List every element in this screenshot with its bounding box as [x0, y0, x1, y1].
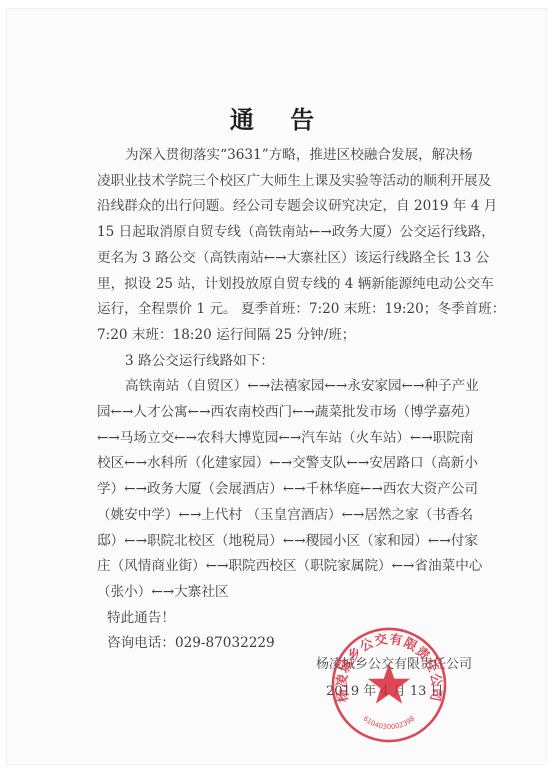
- route-line: 高铁南站（自贸区）←→法禧家园←→永安家园←→种子产业: [97, 374, 469, 400]
- paragraph-line: 为深入贯彻落实“3631”方略，推进区校融合发展，解决杨: [97, 143, 469, 169]
- route-line: 庄（风情商业街）←→职院西校区（职院家属院）←→省油菜中心: [97, 554, 469, 580]
- paragraph-line: 凌职业技术学院三个校区广大师生上课及实验等活动的顺利开展及: [97, 169, 469, 195]
- paragraph-line: 15 日起取消原自贸专线（高铁南站←→政务大厦）公交运行线路，: [97, 220, 469, 246]
- closing-text: 特此通告！: [97, 606, 469, 632]
- route-line: 校区←→水科所（化建家园）←→交警支队←→安居路口（高新小: [97, 451, 469, 477]
- paragraph-line: 沿线群众的出行问题。经公司专题会议研究决定，自 2019 年 4 月: [97, 194, 469, 220]
- paragraph-line: 7:20 末班：18:20 运行间隔 25 分钟/班；: [97, 323, 469, 349]
- route-heading: 3 路公交运行线路如下：: [97, 349, 469, 375]
- route-line: （张小）←→大寨社区: [97, 580, 469, 606]
- paragraph-line: 更名为 3 路公交（高铁南站←→大寨社区）该运行线路全长 13 公: [97, 246, 469, 272]
- notice-date: 2019 年 4 月 13 日: [326, 680, 444, 699]
- notice-body: 为深入贯彻落实“3631”方略，推进区校融合发展，解决杨 凌职业技术学院三个校区…: [97, 143, 469, 657]
- route-line: ←→马场立交←→农科大博览园←→汽车站（火车站）←→职院南: [97, 426, 469, 452]
- route-line: 学）←→政务大厦（会展酒店）←→千林华庭←→西农大资产公司: [97, 477, 469, 503]
- paragraph-line: 运行，全程票价 1 元。 夏季首班：7:20 末班：19:20；冬季首班：: [97, 297, 469, 323]
- paragraph-line: 里，拟设 25 站，计划投放原自贸专线的 4 辆新能源纯电动公交车: [97, 272, 469, 298]
- notice-title: 通 告: [0, 100, 558, 135]
- company-signature: 杨凌城乡公交有限责任公司: [316, 653, 472, 672]
- route-line: 邸）←→职院北校区（地税局）←→稷园小区（家和园）←→付家: [97, 529, 469, 555]
- route-line: 园←→人才公寓←→西农南校西门←→蔬菜批发市场（博学嘉苑）: [97, 400, 469, 426]
- route-line: （姚安中学）←→上代村 （玉皇宫酒店）←→居然之家（书香名: [97, 503, 469, 529]
